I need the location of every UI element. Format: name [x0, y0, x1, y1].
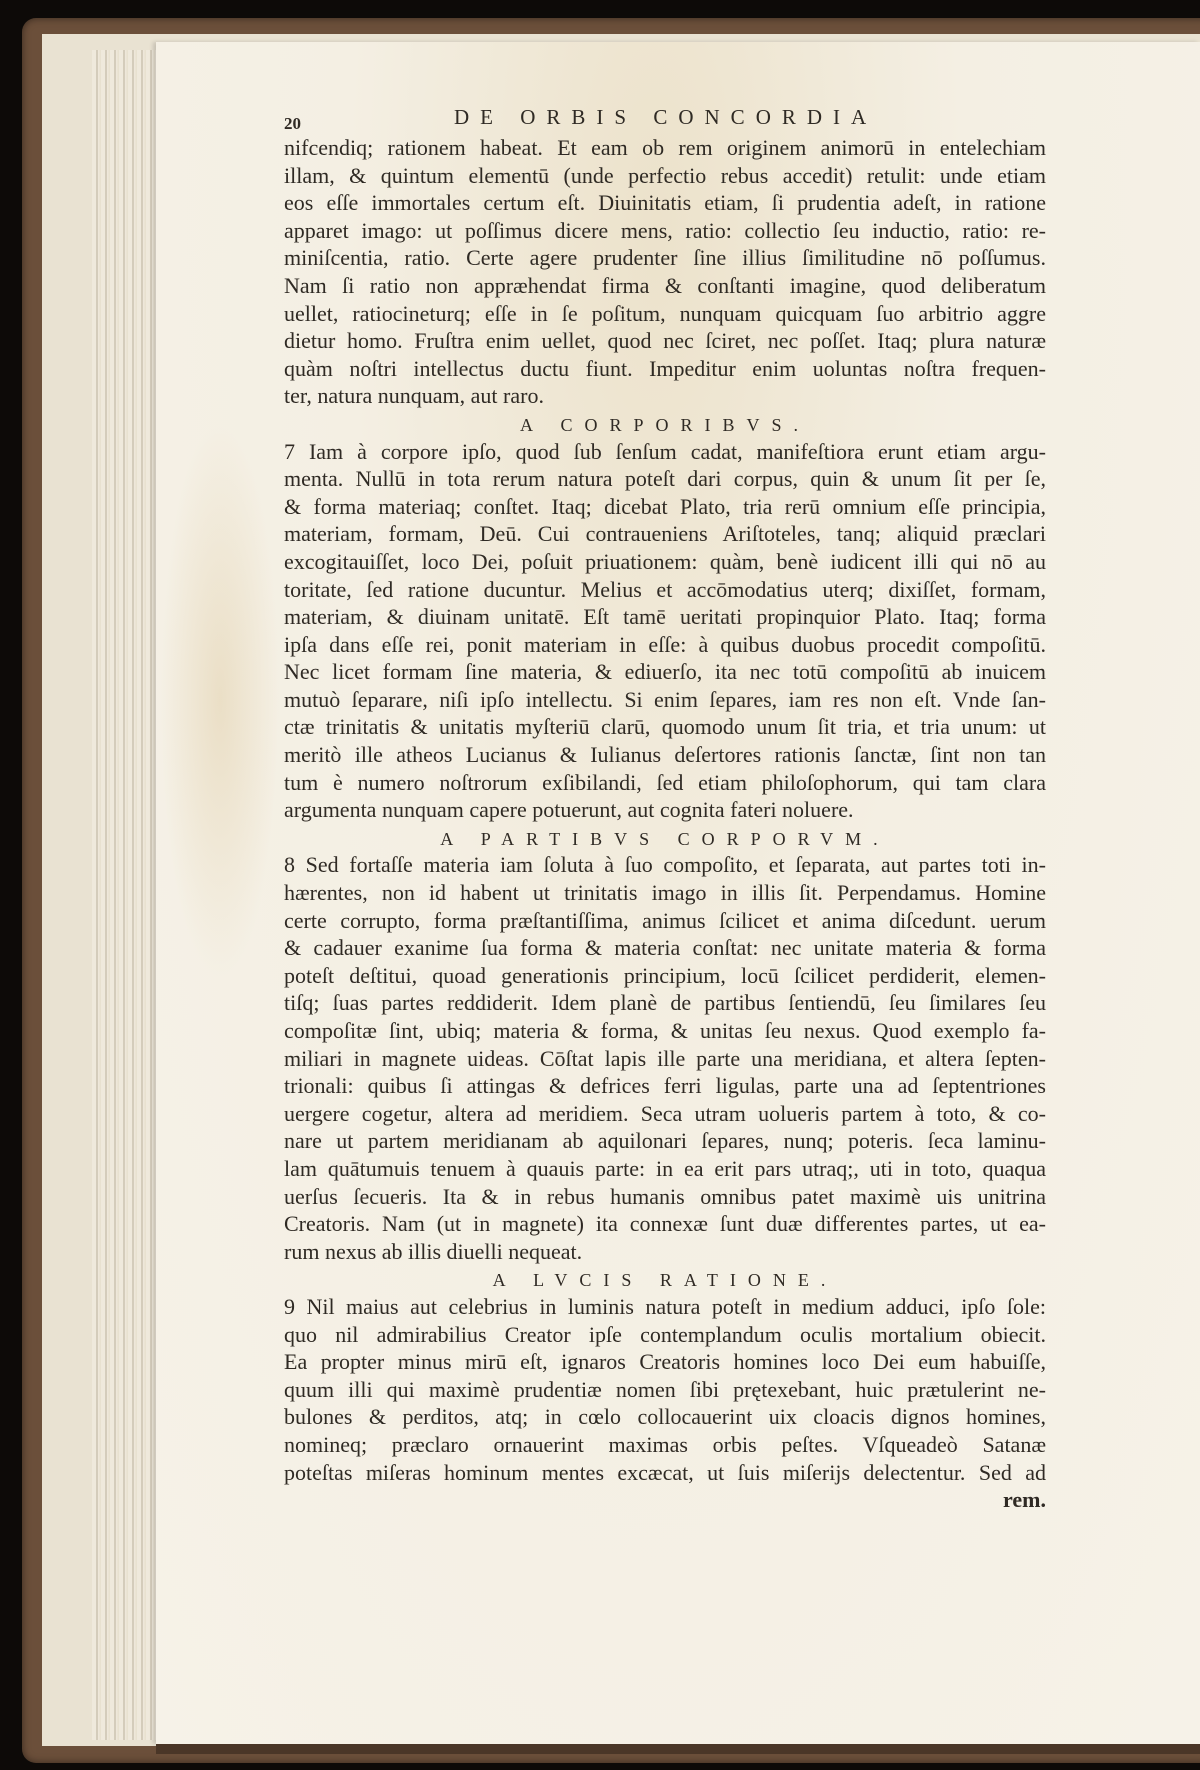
running-head: 20 DE ORBIS CONCORDIA [284, 104, 1046, 134]
text-line: menta. Nullū in tota rerum natura poteſt… [284, 465, 1046, 493]
page-number: 20 [284, 110, 301, 138]
text-line: uergere cogetur, altera ad meridiem. Sec… [284, 1100, 1046, 1128]
text-line: 8 Sed fortaſſe materia iam ſoluta à ſuo … [284, 851, 1046, 879]
water-stain [160, 420, 280, 980]
text-line: miniſcentia, ratio. Certe agere prudente… [284, 244, 1046, 272]
text-line: rum nexus ab illis diuelli nequeat. [284, 1238, 1046, 1266]
paragraph-8: 8 Sed fortaſſe materia iam ſoluta à ſuo … [284, 851, 1046, 1265]
text-line: excogitauiſſet, loco Dei, poſuit priuati… [284, 548, 1046, 576]
text-line: materiam, & diuinam unitatē. Eſt tamē ue… [284, 603, 1046, 631]
text-line: mutuò ſeparare, niſi ipſo intellectu. Si… [284, 686, 1046, 714]
text-line: eos eſſe immortales certum eſt. Diuinita… [284, 189, 1046, 217]
text-line: apparet imago: ut poſſimus dicere mens, … [284, 217, 1046, 245]
text-line: lam quātumuis tenuem à quauis parte: in … [284, 1155, 1046, 1183]
paragraph-6-continued: nifcendiq; rationem habeat. Et eam ob re… [284, 134, 1046, 410]
text-line: ipſa dans eſſe rei, ponit materiam in eſ… [284, 631, 1046, 659]
binding-bottom-edge [156, 1744, 1200, 1754]
text-line: toritate, ſed ratione ducuntur. Melius e… [284, 576, 1046, 604]
running-title: DE ORBIS CONCORDIA [454, 104, 877, 132]
text-line: & cadauer exanime ſua forma & materia co… [284, 934, 1046, 962]
section-heading: A PARTIBVS CORPORVM. [284, 824, 1046, 852]
text-line: tum è numero noſtrorum exſibilandi, ſed … [284, 769, 1046, 797]
text-line: meritò ille atheos Lucianus & Iulianus d… [284, 741, 1046, 769]
text-line: nomineq; prӕclaro ornauerint maximas orb… [284, 1431, 1046, 1459]
text-line: argumenta nunquam capere potuerunt, aut … [284, 796, 1046, 824]
text-line: nare ut partem meridianam ab aquilonari … [284, 1127, 1046, 1155]
text-line: Nam ſi ratio non apprӕhendat firma & con… [284, 272, 1046, 300]
text-line: 9 Nil maius aut celebrius in luminis nat… [284, 1293, 1046, 1321]
text-line: hӕrentes, non id habent ut trinitatis im… [284, 879, 1046, 907]
text-line: compoſitӕ ſint, ubiq; materia & forma, &… [284, 1017, 1046, 1045]
text-line: tiſq; ſuas partes reddiderit. Idem planè… [284, 989, 1046, 1017]
text-line: certe corrupto, forma prӕſtantiſſima, an… [284, 907, 1046, 935]
text-line: Creatoris. Nam (ut in magnete) ita conne… [284, 1210, 1046, 1238]
section-heading: A CORPORIBVS. [284, 410, 1046, 438]
paragraph-7: 7 Iam à corpore ipſo, quod ſub ſenſum ca… [284, 438, 1046, 824]
section-heading: A LVCIS RATIONE. [284, 1265, 1046, 1293]
text-line: uellet, ratiocineturq; eſſe in ſe poſitu… [284, 300, 1046, 328]
text-line: nifcendiq; rationem habeat. Et eam ob re… [284, 134, 1046, 162]
text-line: Nec licet formam ſine materia, & ediuerſ… [284, 658, 1046, 686]
text-line: ctӕ trinitatis & unitatis myſteriū clarū… [284, 713, 1046, 741]
text-line: poteſt deſtitui, quoad generationis prin… [284, 962, 1046, 990]
paragraph-9: 9 Nil maius aut celebrius in luminis nat… [284, 1293, 1046, 1486]
text-line: illam, & quintum elementū (unde perfecti… [284, 162, 1046, 190]
text-line: quo nil admirabilius Creator ipſe contem… [284, 1321, 1046, 1349]
text-line: quàm noſtri intellectus ductu fiunt. Imp… [284, 355, 1046, 383]
text-line: poteſtas miſeras hominum mentes excӕcat,… [284, 1459, 1046, 1487]
text-line: Ea propter minus mirū eſt, ignaros Creat… [284, 1348, 1046, 1376]
text-line: miliari in magnete uideas. Cōſtat lapis … [284, 1045, 1046, 1073]
text-line: & forma materiaq; conſtet. Itaq; dicebat… [284, 493, 1046, 521]
text-line: trionali: quibus ſi attingas & defrices … [284, 1072, 1046, 1100]
catchword: rem. [284, 1486, 1046, 1514]
text-line: 7 Iam à corpore ipſo, quod ſub ſenſum ca… [284, 438, 1046, 466]
page-text: 20 DE ORBIS CONCORDIA nifcendiq; ratione… [284, 104, 1046, 1514]
text-line: dietur homo. Fruſtra enim uellet, quod n… [284, 327, 1046, 355]
page-edges [92, 50, 158, 1740]
text-line: materiam, formam, Deū. Cui contraueniens… [284, 520, 1046, 548]
text-line: quum illi qui maximè prudentiӕ nomen ſib… [284, 1376, 1046, 1404]
text-line: ter, natura nunquam, aut raro. [284, 382, 1046, 410]
text-line: bulones & perditos, atq; in cœlo colloca… [284, 1403, 1046, 1431]
text-line: uerſus ſecueris. Ita & in rebus humanis … [284, 1183, 1046, 1211]
